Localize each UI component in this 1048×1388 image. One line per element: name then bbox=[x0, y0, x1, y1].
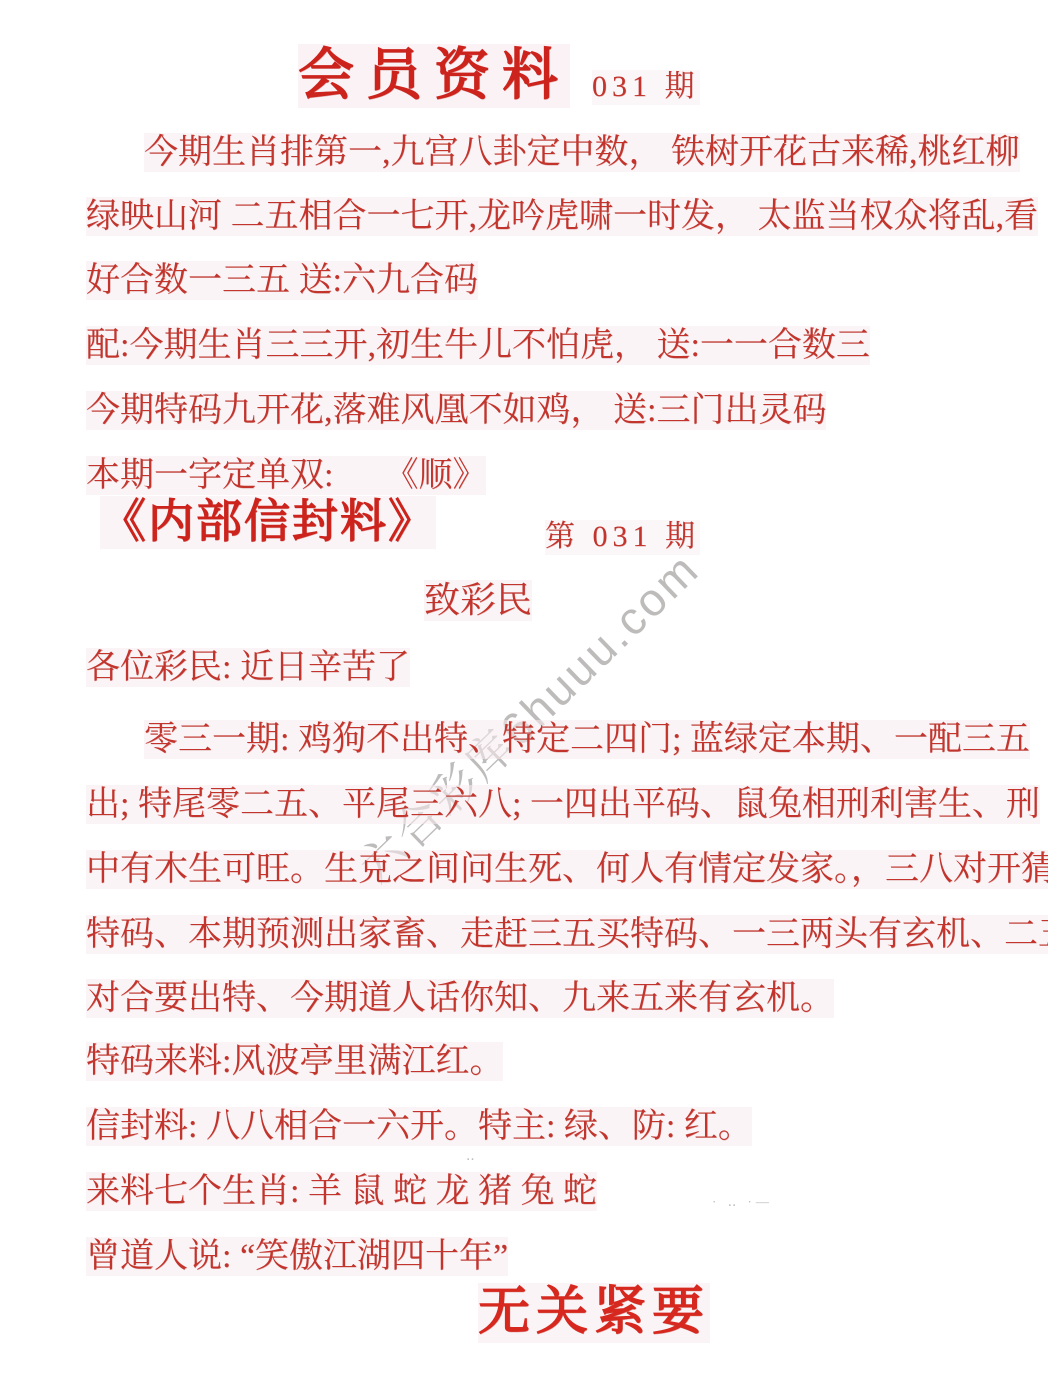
envelope-line: 中有木生可旺。生克之间问生死、何人有情定发家。，三八对开猜 bbox=[86, 850, 1048, 889]
page-title: 会员资料 bbox=[298, 44, 570, 108]
envelope-issue: 第 031 期 bbox=[545, 520, 700, 555]
member-line: 本期一字定单双: 《顺》 bbox=[86, 456, 486, 495]
envelope-material-line: 信封料: 八八相合一六开。特主: 绿、防: 红。 bbox=[86, 1107, 752, 1146]
envelope-line: 零三一期: 鸡狗不出特、特定二四门; 蓝绿定本期、一配三五 bbox=[144, 720, 1030, 759]
member-line: 绿映山河 二五相合一七开,龙吟虎啸一时发， 太监当权众将乱,看 bbox=[86, 197, 1038, 236]
zodiac-line: 来料七个生肖: 羊 鼠 蛇 龙 猪 兔 蛇 bbox=[86, 1172, 597, 1211]
scan-artifact: ‥ bbox=[466, 1148, 479, 1164]
envelope-heading: 《内部信封料》 bbox=[100, 496, 436, 549]
envelope-line: 对合要出特、今期道人话你知、九来五来有玄机。 bbox=[86, 979, 834, 1018]
special-code-line: 特码来料:风波亭里满江红。 bbox=[86, 1042, 503, 1081]
envelope-line: 各位彩民: 近日辛苦了 bbox=[86, 648, 410, 687]
member-line: 今期生肖排第一,九宫八卦定中数， 铁树开花古来稀,桃红柳 bbox=[144, 133, 1020, 172]
scan-artifact: · ‥ ·— bbox=[712, 1194, 773, 1210]
salutation: 致彩民 bbox=[424, 580, 532, 621]
envelope-line: 出; 特尾零二五、平尾三六八; 一四出平码、鼠兔相刑利害生、刑 bbox=[86, 785, 1040, 824]
scanned-lottery-sheet: 六合彩库6huuu.com 会员资料 031 期 今期生肖排第一,九宫八卦定中数… bbox=[0, 0, 1048, 1388]
member-line: 好合数一三五 送:六九合码 bbox=[86, 261, 478, 300]
page-title-issue: 031 期 bbox=[592, 70, 700, 105]
footer-text: 无关紧要 bbox=[478, 1283, 710, 1343]
envelope-line: 特码、本期预测出家畜、走赶三五买特码、一三两头有玄机、二五 bbox=[86, 915, 1048, 954]
quote-line: 曾道人说: “笑傲江湖四十年” bbox=[86, 1237, 508, 1276]
member-line: 配:今期生肖三三开,初生牛儿不怕虎， 送:一一合数三 bbox=[86, 326, 870, 365]
member-line: 今期特码九开花,落难风凰不如鸡， 送:三门出灵码 bbox=[86, 391, 826, 430]
